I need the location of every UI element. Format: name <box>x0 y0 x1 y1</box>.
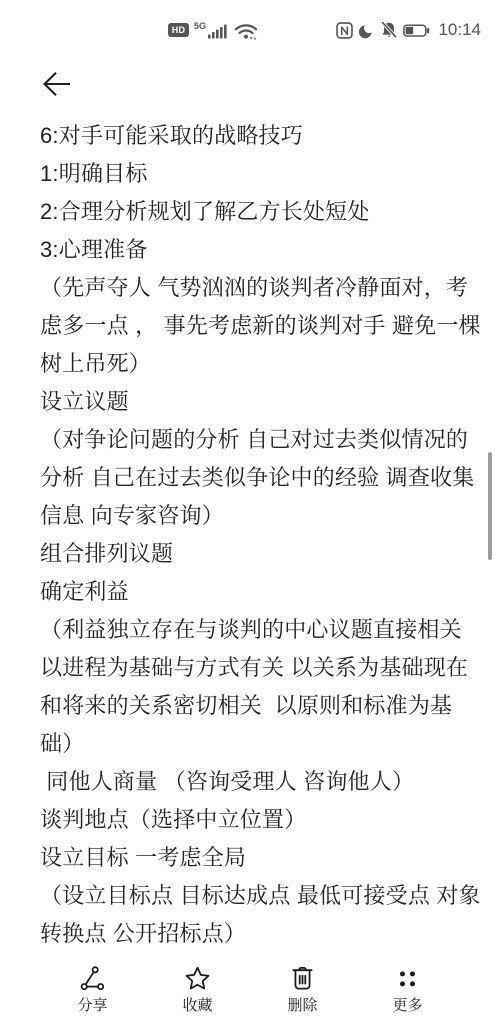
note-line: 以进程为基础与方式有关 以关系为基础现在 <box>40 649 480 687</box>
more-button[interactable]: 更多 <box>355 954 460 1024</box>
battery-icon <box>403 22 430 39</box>
trash-icon <box>289 965 316 992</box>
share-label: 分享 <box>77 998 107 1013</box>
bottom-toolbar: 分享 收藏 删除 <box>0 954 500 1024</box>
signal-strength-icon: 5G <box>194 22 229 39</box>
more-label: 更多 <box>392 998 422 1013</box>
note-line: （对争论问题的分析 自己对过去类似情况的 <box>40 421 480 459</box>
favorite-button[interactable]: 收藏 <box>145 954 250 1024</box>
share-icon <box>79 965 106 992</box>
note-line: （先声夺人 气势汹汹的谈判者冷静面对，考 <box>40 269 480 307</box>
note-line: 设立目标 一考虑全局 <box>40 839 480 877</box>
note-line: 6:对手可能采取的战略技巧 <box>40 117 480 155</box>
mute-bell-icon <box>380 21 398 39</box>
note-line: 虑多一点 ， 事先考虑新的谈判对手 避免一棵 <box>40 307 480 345</box>
note-line: （设立目标点 目标达成点 最低可接受点 对象 <box>40 877 480 915</box>
star-icon <box>184 965 211 992</box>
note-line: 2:合理分析规划了解乙方长处短处 <box>40 193 480 231</box>
note-line: 信息 向专家咨询） <box>40 497 480 535</box>
note-line: 同他人商量 （咨询受理人 咨询他人） <box>40 763 480 801</box>
note-line: 确定利益 <box>40 573 480 611</box>
note-line: （利益独立存在与谈判的中心议题直接相关 <box>40 611 480 649</box>
favorite-label: 收藏 <box>182 998 212 1013</box>
delete-label: 删除 <box>287 998 317 1013</box>
share-button[interactable]: 分享 <box>40 954 145 1024</box>
note-line: 分析 自己在过去类似争论中的经验 调查收集 <box>40 459 480 497</box>
more-dots-icon <box>394 965 421 992</box>
nfc-icon <box>336 22 353 39</box>
note-line: 转换点 公开招标点） <box>40 915 480 953</box>
note-line: 和将来的关系密切相关 以原则和标准为基 <box>40 687 480 725</box>
back-button[interactable] <box>34 64 78 104</box>
delete-button[interactable]: 删除 <box>250 954 355 1024</box>
note-content[interactable]: 6:对手可能采取的战略技巧 1:明确目标 2:合理分析规划了解乙方长处短处 3:… <box>40 117 480 953</box>
phone-screen: HD 5G <box>0 0 500 1024</box>
back-arrow-icon <box>39 69 73 99</box>
note-line: 组合排列议题 <box>40 535 480 573</box>
note-line: 3:心理准备 <box>40 231 480 269</box>
hd-icon: HD <box>168 23 189 37</box>
note-line: 谈判地点（选择中立位置） <box>40 801 480 839</box>
status-time: 10:14 <box>438 20 481 40</box>
status-bar-right: 10:14 <box>336 20 481 40</box>
note-line: 础） <box>40 725 480 763</box>
note-line: 设立议题 <box>40 383 480 421</box>
do-not-disturb-moon-icon <box>358 22 375 39</box>
status-bar-left: HD 5G <box>168 20 258 40</box>
scrollbar-thumb[interactable] <box>488 452 492 560</box>
wifi-icon <box>234 21 258 40</box>
note-line: 1:明确目标 <box>40 155 480 193</box>
note-line: 树上吊死） <box>40 345 480 383</box>
